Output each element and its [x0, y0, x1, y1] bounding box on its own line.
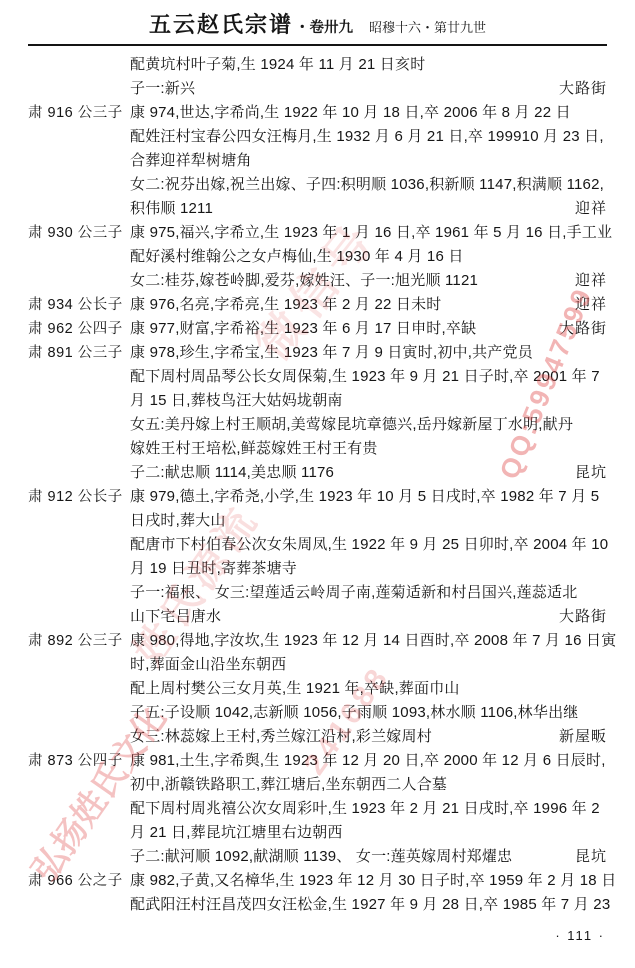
entry-text: 康 982,子黄,又名樟华,生 1923 年 12 月 30 日子时,卒 195… [130, 869, 616, 890]
residence-label: 昆坑 [575, 461, 607, 482]
entry-text: 女三:林蕊嫁上王村,秀兰嫁江沿村,彩兰嫁周村 [130, 725, 432, 746]
volume-label: ・卷卅九 [295, 20, 353, 36]
entry-text: 子五:子设顺 1042,志新顺 1056,子雨顺 1093,林水顺 1106,林… [130, 701, 578, 722]
entry-line: 子二:献河顺 1092,献湖顺 1139、 女一:莲英嫁周村郑燿忠昆坑 [28, 843, 607, 867]
entry-line: 肃 892 公三子康 980,得地,字汝坎,生 1923 年 12 月 14 日… [28, 627, 607, 651]
entries: 配黄坑村叶子菊,生 1924 年 11 月 21 日亥时子一:新兴大路街肃 91… [28, 51, 607, 915]
entry-text: 山下宅吕唐水 [130, 605, 221, 626]
entry-text: 康 974,世达,字希尚,生 1922 年 10 月 18 日,卒 2006 年… [130, 101, 571, 122]
entry-text: 康 976,名亮,字希亮,生 1923 年 2 月 22 日未时 [130, 293, 442, 314]
entry-line: 肃 916 公三子康 974,世达,字希尚,生 1922 年 10 月 18 日… [28, 99, 607, 123]
entry-text: 康 975,福兴,字希立,生 1923 年 1 月 16 日,卒 1961 年 … [130, 221, 612, 242]
entry-line: 山下宅吕唐水大路街 [28, 603, 607, 627]
entry-text: 康 980,得地,字汝坎,生 1923 年 12 月 14 日酉时,卒 2008… [130, 629, 616, 650]
ancestor-ref-label: 肃 912 公长子 [28, 485, 130, 506]
entry-line: 子一:新兴大路街 [28, 75, 607, 99]
entry-text: 女五:美丹嫁上村王顺胡,美莺嫁昆坑章德兴,岳丹嫁新屋丁水明,献丹 [130, 413, 573, 434]
ancestor-ref-label: 肃 962 公四子 [28, 317, 130, 338]
entry-line: 女五:美丹嫁上村王顺胡,美莺嫁昆坑章德兴,岳丹嫁新屋丁水明,献丹 [28, 411, 607, 435]
entry-line: 配黄坑村叶子菊,生 1924 年 11 月 21 日亥时 [28, 51, 607, 75]
entry-line: 配姓汪村宝春公四女汪梅月,生 1932 月 6 月 21 日,卒 199910 … [28, 123, 607, 147]
entry-line: 子一:福根、 女三:望莲适云岭周子南,莲菊适新和村吕国兴,莲蕊适北 [28, 579, 607, 603]
entry-line: 肃 891 公三子康 978,珍生,字希宝,生 1923 年 7 月 9 日寅时… [28, 339, 607, 363]
entry-text: 女二:祝芬出嫁,祝兰出嫁、子四:积明顺 1036,积新顺 1147,积满顺 11… [130, 173, 604, 194]
ancestor-ref-label: 肃 930 公三子 [28, 221, 130, 242]
ancestor-ref-label: 肃 916 公三子 [28, 101, 130, 122]
entry-line: 肃 962 公四子康 977,财富,字希裕,生 1923 年 6 月 17 日申… [28, 315, 607, 339]
residence-label: 新屋畈 [559, 725, 607, 746]
book-title: 五云赵氏宗谱 [149, 12, 293, 37]
entry-line: 时,葬面金山沿坐东朝西 [28, 651, 607, 675]
entry-text: 初中,浙赣铁路职工,葬江塘后,坐东朝西二人合墓 [130, 773, 447, 794]
entry-text: 女二:桂芬,嫁苍岭脚,爱芬,嫁姓汪、子一:旭光顺 1121 [130, 269, 478, 290]
entry-text: 康 981,土生,字希舆,生 1923 年 12 月 20 日,卒 2000 年… [130, 749, 606, 770]
entry-text: 配下周村周兆禧公次女周彩叶,生 1923 年 2 月 21 日戌时,卒 1996… [130, 797, 600, 818]
entry-line: 积伟顺 1211迎祥 [28, 195, 607, 219]
entry-text: 积伟顺 1211 [130, 197, 213, 218]
entry-line: 配唐市下村伯春公次女朱周凤,生 1922 年 9 月 25 日卯时,卒 2004… [28, 531, 607, 555]
ancestor-ref-label: 肃 892 公三子 [28, 629, 130, 650]
genealogy-page: 五云赵氏宗谱・卷卅九昭穆十六・第廿九世 配黄坑村叶子菊,生 1924 年 11 … [0, 0, 635, 968]
ancestor-ref-label: 肃 891 公三子 [28, 341, 130, 362]
page-header: 五云赵氏宗谱・卷卅九昭穆十六・第廿九世 [0, 8, 635, 39]
entry-line: 配上周村樊公三女月英,生 1921 年,卒缺,葬面巾山 [28, 675, 607, 699]
entry-line: 配武阳汪村汪昌茂四女汪松金,生 1927 年 9 月 28 日,卒 1985 年… [28, 891, 607, 915]
entry-line: 肃 873 公四子康 981,土生,字希舆,生 1923 年 12 月 20 日… [28, 747, 607, 771]
entry-line: 月 15 日,葬枝鸟汪大姑妈垅朝南 [28, 387, 607, 411]
residence-label: 迎祥 [575, 269, 607, 290]
entry-text: 康 978,珍生,字希宝,生 1923 年 7 月 9 日寅时,初中,共产党员 [130, 341, 533, 362]
entry-text: 配唐市下村伯春公次女朱周凤,生 1922 年 9 月 25 日卯时,卒 2004… [130, 533, 608, 554]
entry-text: 子二:献河顺 1092,献湖顺 1139、 女一:莲英嫁周村郑燿忠 [130, 845, 512, 866]
residence-label: 大路街 [559, 77, 607, 98]
entry-line: 肃 912 公长子康 979,德土,字希尧,小学,生 1923 年 10 月 5… [28, 483, 607, 507]
ancestor-ref-label: 肃 966 公之子 [28, 869, 130, 890]
residence-label: 大路街 [559, 317, 607, 338]
entry-text: 合葬迎祥犁树塘角 [130, 149, 252, 170]
entry-line: 配下周村周兆禧公次女周彩叶,生 1923 年 2 月 21 日戌时,卒 1996… [28, 795, 607, 819]
entry-line: 月 21 日,葬昆坑江塘里右边朝西 [28, 819, 607, 843]
ancestor-ref-label: 肃 934 公长子 [28, 293, 130, 314]
entry-text: 康 979,德土,字希尧,小学,生 1923 年 10 月 5 日戌时,卒 19… [130, 485, 599, 506]
entry-line: 配下周村周品琴公长女周保菊,生 1923 年 9 月 21 日子时,卒 2001… [28, 363, 607, 387]
entry-line: 子二:献忠顺 1114,美忠顺 1176昆坑 [28, 459, 607, 483]
entry-text: 月 19 日丑时,寄葬茶塘寺 [130, 557, 297, 578]
generation-subtitle: 昭穆十六・第廿九世 [369, 20, 486, 35]
entry-line: 配好溪村维翰公之女卢梅仙,生 1930 年 4 月 16 日 [28, 243, 607, 267]
entry-line: 合葬迎祥犁树塘角 [28, 147, 607, 171]
entry-line: 嫁姓王村王培松,鲜蕊嫁姓王村王有贵 [28, 435, 607, 459]
entry-line: 肃 934 公长子康 976,名亮,字希亮,生 1923 年 2 月 22 日未… [28, 291, 607, 315]
entry-line: 女二:祝芬出嫁,祝兰出嫁、子四:积明顺 1036,积新顺 1147,积满顺 11… [28, 171, 607, 195]
entry-text: 子一:福根、 女三:望莲适云岭周子南,莲菊适新和村吕国兴,莲蕊适北 [130, 581, 577, 602]
entry-line: 初中,浙赣铁路职工,葬江塘后,坐东朝西二人合墓 [28, 771, 607, 795]
entry-text: 配好溪村维翰公之女卢梅仙,生 1930 年 4 月 16 日 [130, 245, 464, 266]
entry-text: 配下周村周品琴公长女周保菊,生 1923 年 9 月 21 日子时,卒 2001… [130, 365, 600, 386]
entry-text: 配黄坑村叶子菊,生 1924 年 11 月 21 日亥时 [130, 53, 425, 74]
entry-line: 日戌时,葬大山 [28, 507, 607, 531]
residence-label: 迎祥 [575, 293, 607, 314]
entry-text: 月 15 日,葬枝鸟汪大姑妈垅朝南 [130, 389, 343, 410]
header-divider [28, 44, 607, 46]
page-number: · 111 · [555, 928, 605, 943]
entry-line: 肃 966 公之子康 982,子黄,又名樟华,生 1923 年 12 月 30 … [28, 867, 607, 891]
residence-label: 迎祥 [575, 197, 607, 218]
entry-line: 女二:桂芬,嫁苍岭脚,爱芬,嫁姓汪、子一:旭光顺 1121迎祥 [28, 267, 607, 291]
entry-text: 配姓汪村宝春公四女汪梅月,生 1932 月 6 月 21 日,卒 199910 … [130, 125, 604, 146]
entry-text: 嫁姓王村王培松,鲜蕊嫁姓王村王有贵 [130, 437, 378, 458]
entry-text: 月 21 日,葬昆坑江塘里右边朝西 [130, 821, 343, 842]
entry-text: 子一:新兴 [130, 77, 195, 98]
residence-label: 大路街 [559, 605, 607, 626]
entry-text: 时,葬面金山沿坐东朝西 [130, 653, 286, 674]
entry-text: 配武阳汪村汪昌茂四女汪松金,生 1927 年 9 月 28 日,卒 1985 年… [130, 893, 610, 914]
residence-label: 昆坑 [575, 845, 607, 866]
entry-line: 肃 930 公三子康 975,福兴,字希立,生 1923 年 1 月 16 日,… [28, 219, 607, 243]
entry-line: 子五:子设顺 1042,志新顺 1056,子雨顺 1093,林水顺 1106,林… [28, 699, 607, 723]
ancestor-ref-label: 肃 873 公四子 [28, 749, 130, 770]
entry-line: 月 19 日丑时,寄葬茶塘寺 [28, 555, 607, 579]
entry-line: 女三:林蕊嫁上王村,秀兰嫁江沿村,彩兰嫁周村新屋畈 [28, 723, 607, 747]
entry-text: 康 977,财富,字希裕,生 1923 年 6 月 17 日申时,卒缺 [130, 317, 476, 338]
entry-text: 子二:献忠顺 1114,美忠顺 1176 [130, 461, 334, 482]
entry-text: 配上周村樊公三女月英,生 1921 年,卒缺,葬面巾山 [130, 677, 460, 698]
entry-text: 日戌时,葬大山 [130, 509, 226, 530]
